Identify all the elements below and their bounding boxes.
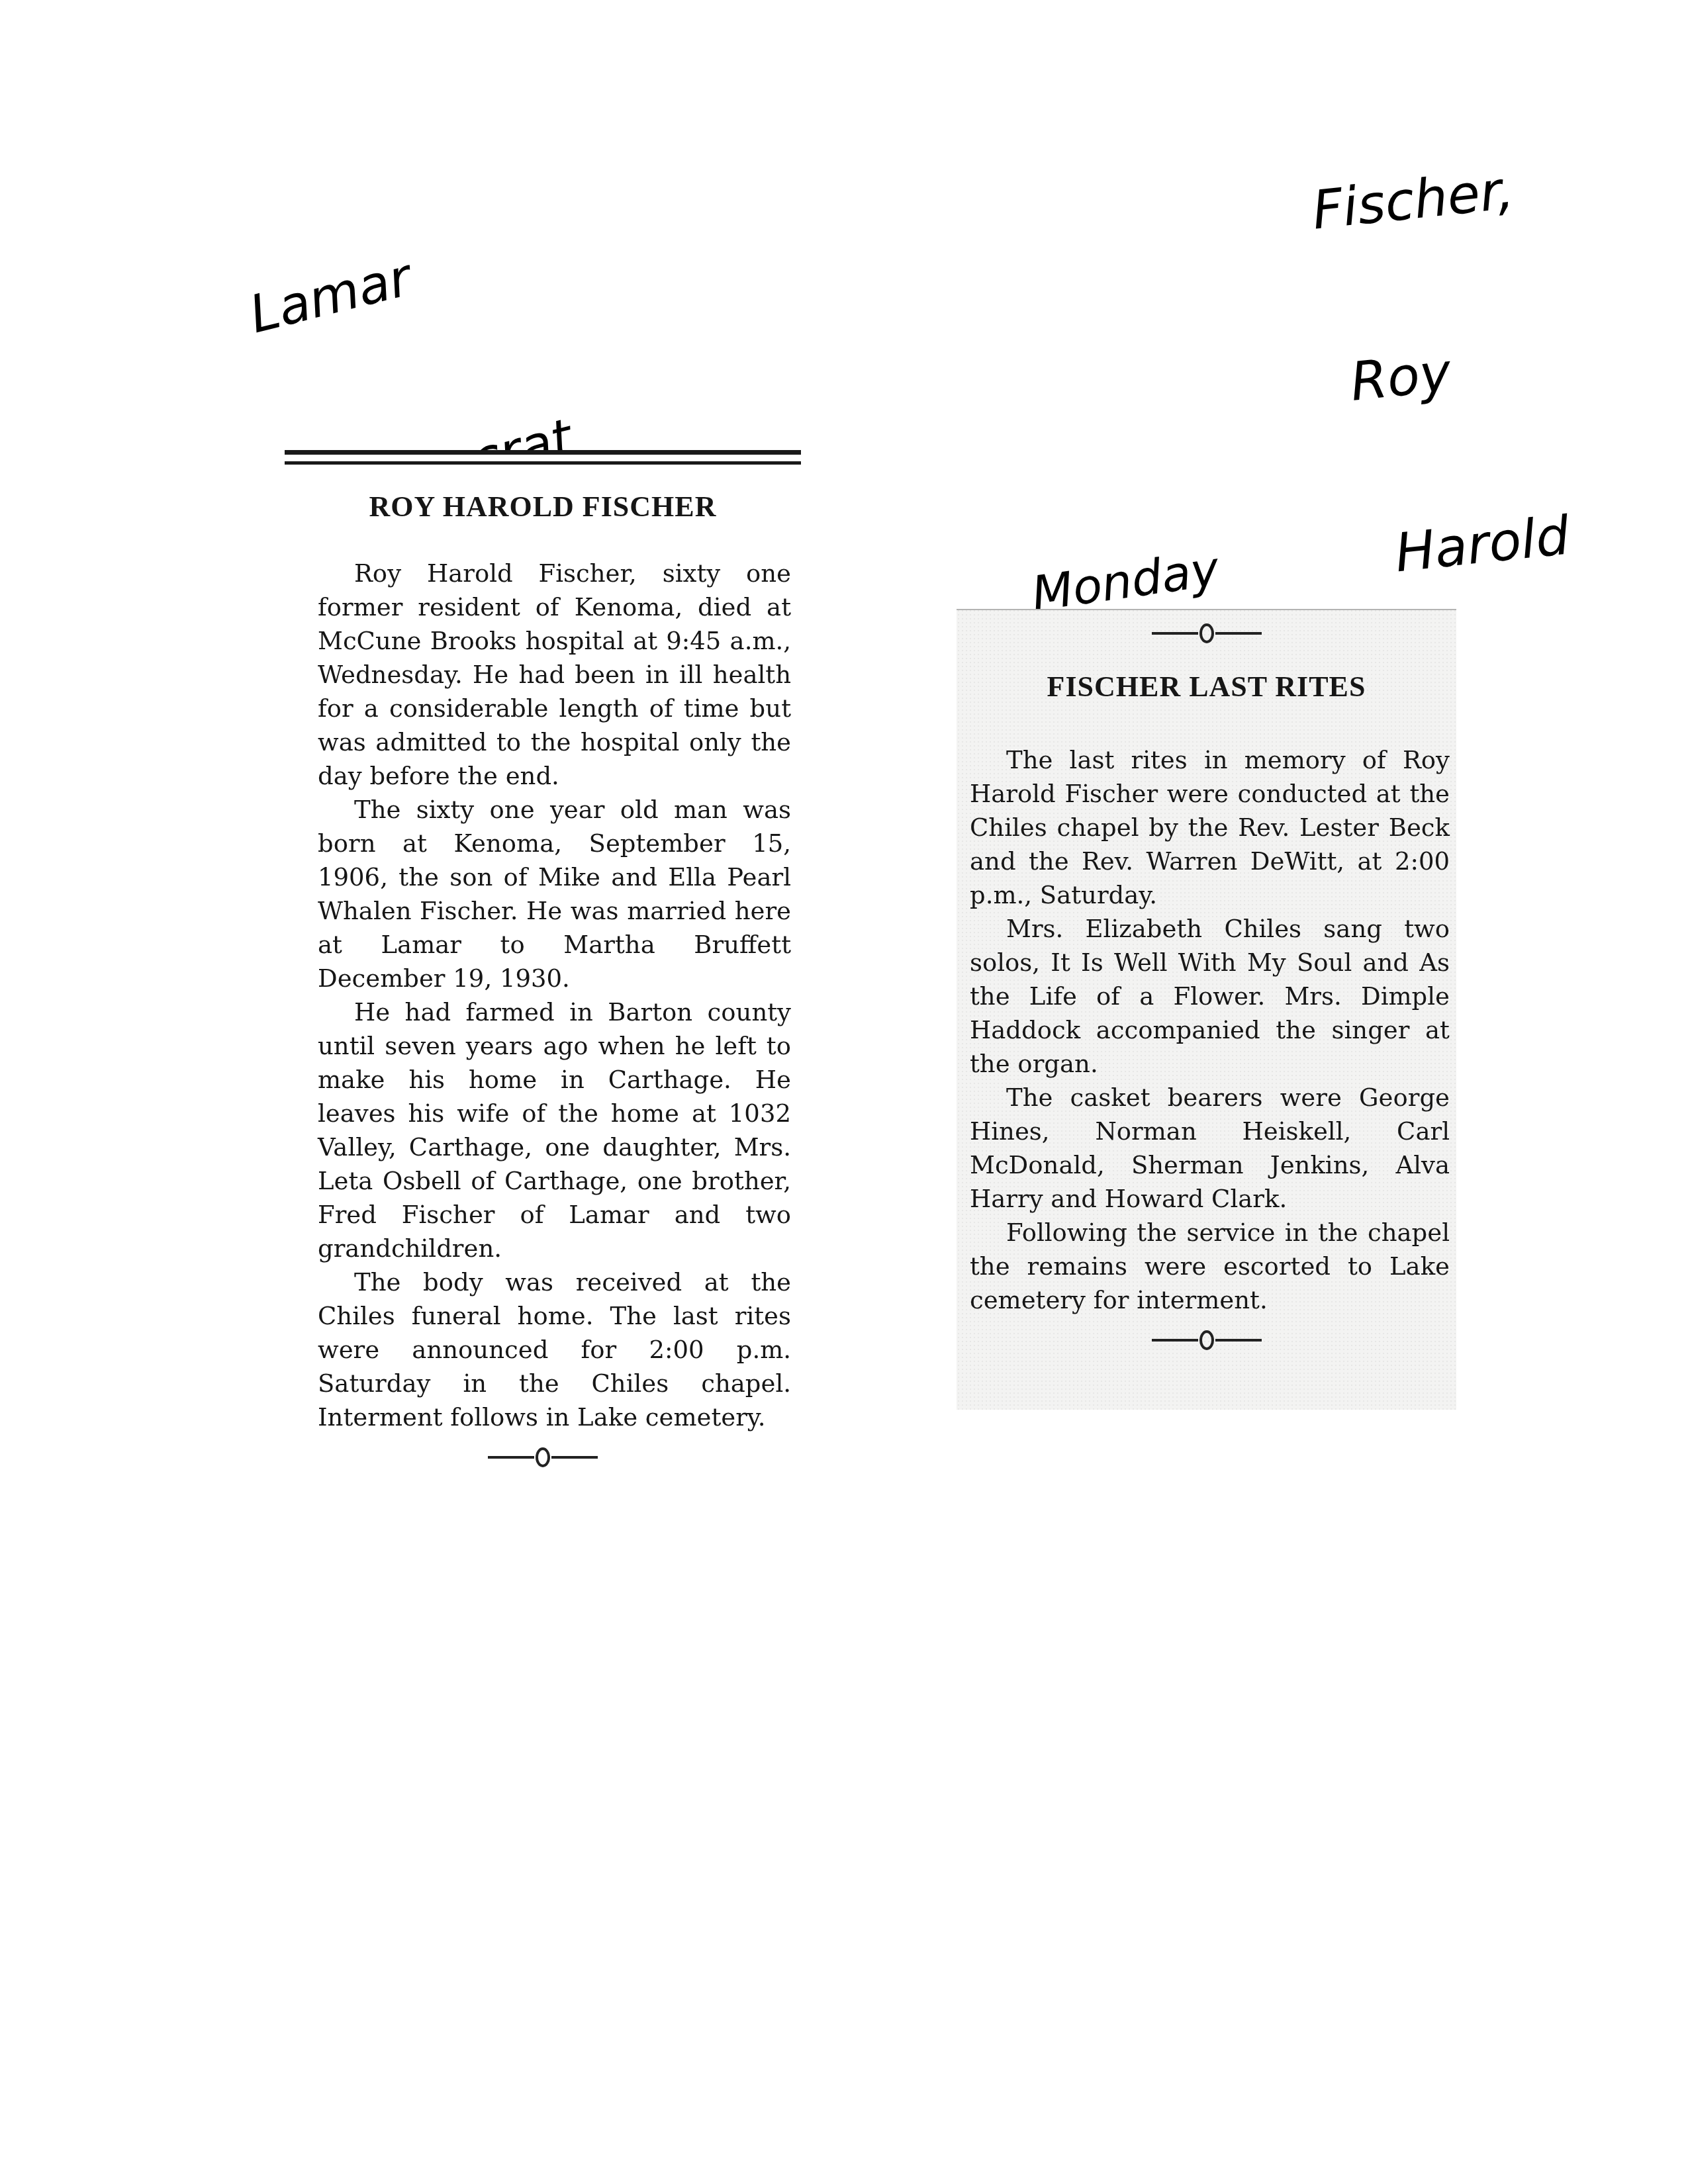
end-divider-ornament bbox=[957, 1330, 1456, 1350]
last-rites-paragraph: The last rites in memory of Roy Harold F… bbox=[970, 743, 1450, 912]
name-line-surname: Fischer, bbox=[1309, 159, 1535, 240]
obituary-headline: ROY HAROLD FISCHER bbox=[285, 490, 801, 523]
last-rites-paragraph: Following the service in the chapel the … bbox=[970, 1216, 1450, 1317]
date-line-weekday: Monday bbox=[1028, 523, 1344, 622]
end-divider-ornament bbox=[285, 1447, 801, 1467]
last-rites-body: The last rites in memory of Roy Harold F… bbox=[957, 743, 1456, 1317]
last-rites-headline: FISCHER LAST RITES bbox=[957, 670, 1456, 704]
top-divider-ornament bbox=[957, 610, 1456, 643]
obituary-clipping: ROY HAROLD FISCHER Roy Harold Fischer, s… bbox=[285, 450, 801, 1467]
double-rule-divider bbox=[285, 450, 801, 465]
name-line-middle: Harold bbox=[1392, 506, 1572, 582]
name-line-first: Roy bbox=[1348, 333, 1554, 412]
obituary-paragraph: The sixty one year old man was born at K… bbox=[318, 793, 791, 995]
clipping-edge-line bbox=[957, 609, 1456, 610]
obituary-body: Roy Harold Fischer, sixty one former res… bbox=[285, 557, 801, 1434]
obituary-paragraph: The body was received at the Chiles fune… bbox=[318, 1265, 791, 1434]
source-line-newspaper-city: Lamar bbox=[243, 193, 626, 347]
last-rites-clipping: FISCHER LAST RITES The last rites in mem… bbox=[957, 609, 1456, 1410]
obituary-paragraph: He had farmed in Barton county until sev… bbox=[318, 995, 791, 1265]
last-rites-paragraph: Mrs. Elizabeth Chiles sang two solos, It… bbox=[970, 912, 1450, 1081]
last-rites-paragraph: The casket bearers were George Hines, No… bbox=[970, 1081, 1450, 1216]
obituary-paragraph: Roy Harold Fischer, sixty one former res… bbox=[318, 557, 791, 793]
